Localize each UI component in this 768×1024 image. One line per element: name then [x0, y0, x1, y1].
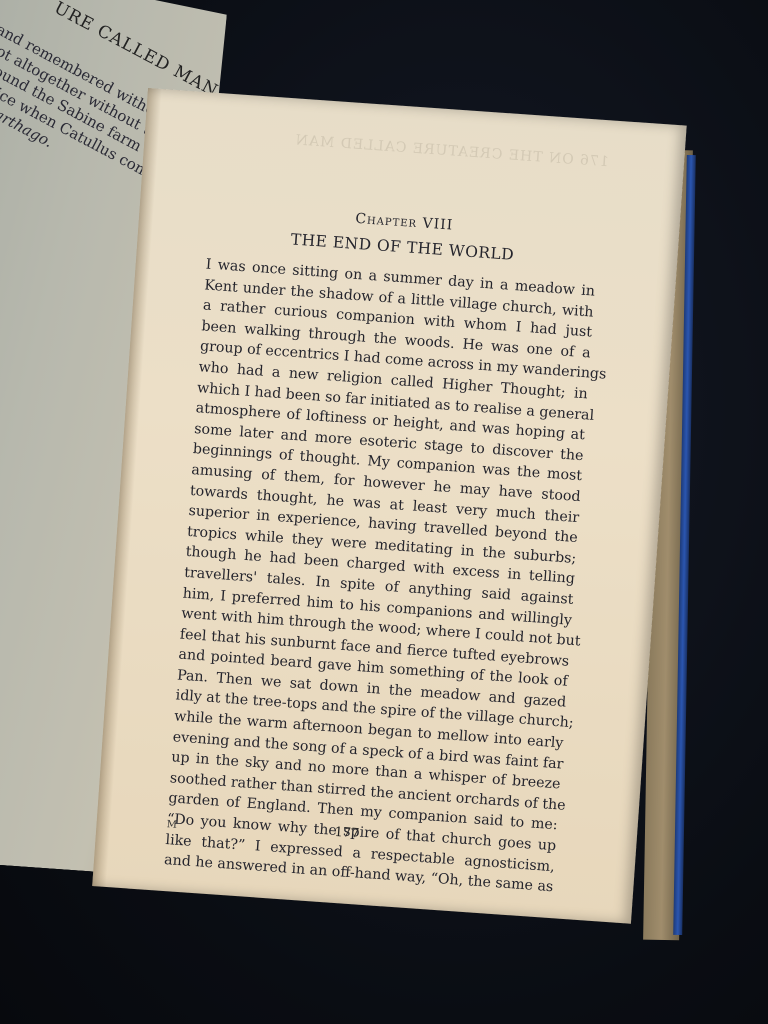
show-through-text: 176 ON THE CREATURE CALLED MAN	[294, 132, 609, 170]
signature-mark: M	[166, 819, 177, 831]
page-content: Chapter VIII THE END OF THE WORLD I was …	[163, 201, 599, 898]
body-text: I was once sitting on a summer day in a …	[163, 254, 595, 898]
right-page: 176 ON THE CREATURE CALLED MAN Chapter V…	[92, 88, 686, 924]
photo-scene: URE CALLED MAN y and remembered without …	[0, 0, 768, 1024]
page-number: 177	[334, 825, 360, 842]
